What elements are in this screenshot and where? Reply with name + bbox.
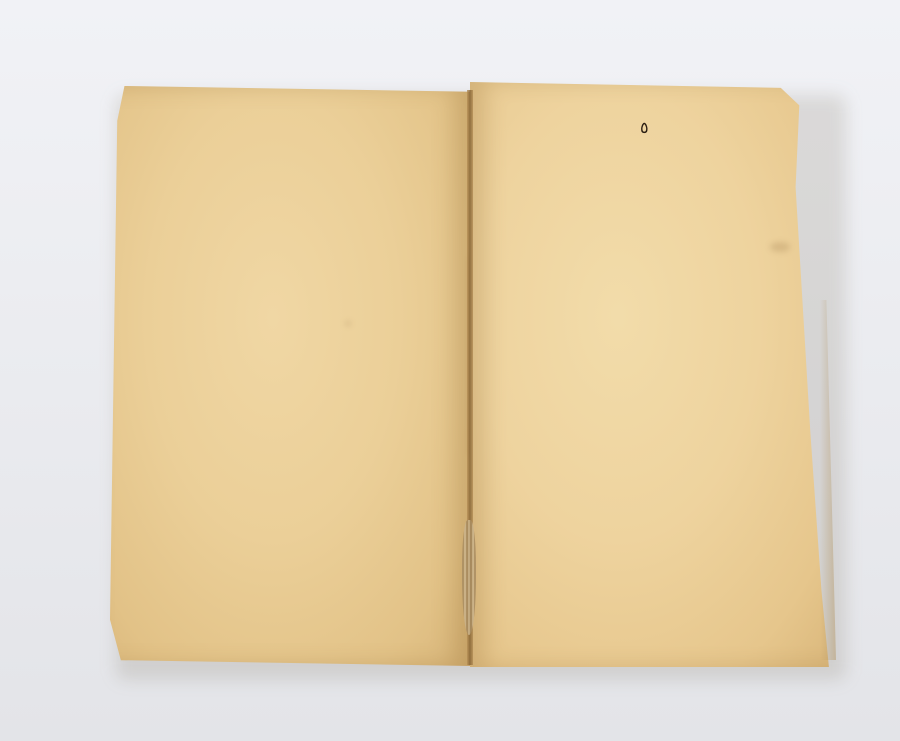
page-number: ٥	[640, 118, 649, 137]
binding-thread	[462, 520, 476, 635]
ink-spot	[345, 321, 351, 326]
smudge	[770, 242, 790, 252]
right-page	[470, 82, 840, 667]
photo-scene: ٥ وجعل الجنة الحمد لله الذي خلق الموجودا…	[0, 0, 900, 741]
left-page	[110, 86, 472, 666]
